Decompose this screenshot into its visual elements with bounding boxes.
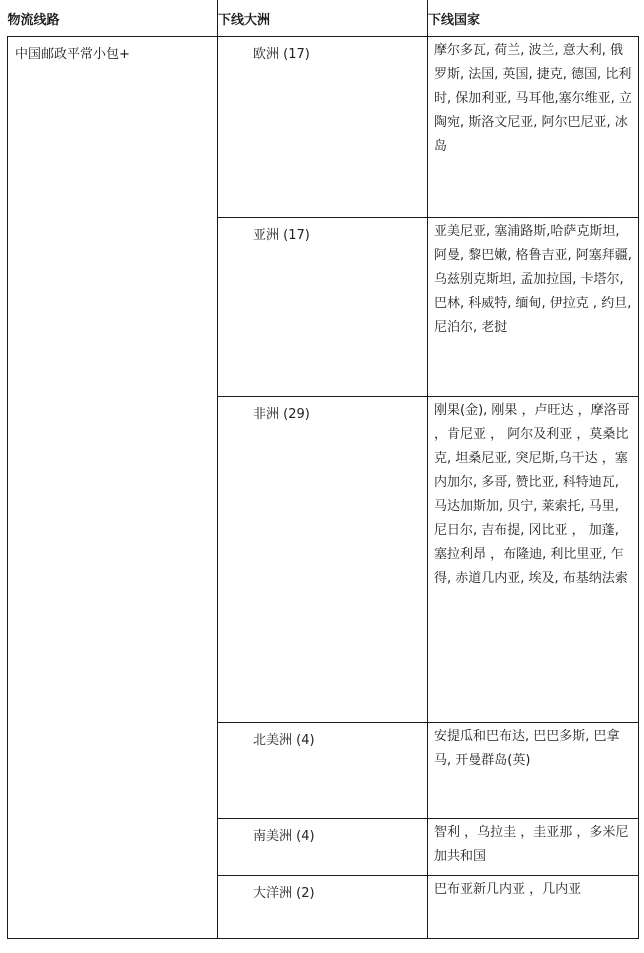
continent-europe: 欧洲 (17) bbox=[218, 37, 427, 62]
continent-oceania: 大洋洲 (2) bbox=[218, 876, 427, 901]
countries-south-america: 智利 ，乌拉圭 ，圭亚那 ，多米尼加共和国 bbox=[428, 819, 638, 869]
logistics-route-table: 物流线路 下线大洲 下线国家 中国邮政平常小包+ 欧洲 (17) 摩尔多瓦, 荷… bbox=[7, 0, 639, 939]
header-continent: 下线大洲 bbox=[218, 0, 428, 37]
continent-africa: 非洲 (29) bbox=[218, 397, 427, 422]
countries-asia: 亚美尼亚, 塞浦路斯,哈萨克斯坦, 阿曼, 黎巴嫩, 格鲁吉亚, 阿塞拜疆, 乌… bbox=[428, 218, 638, 340]
route-cell: 中国邮政平常小包+ bbox=[8, 37, 218, 939]
continent-north-america: 北美洲 (4) bbox=[218, 723, 427, 748]
countries-north-america: 安提瓜和巴布达, 巴巴多斯, 巴拿马, 开曼群岛(英) bbox=[428, 723, 638, 773]
countries-europe: 摩尔多瓦, 荷兰, 波兰, 意大利, 俄罗斯, 法国, 英国, 捷克, 德国, … bbox=[428, 37, 638, 159]
continent-asia: 亚洲 (17) bbox=[218, 218, 427, 243]
header-logistics-route: 物流线路 bbox=[8, 0, 218, 37]
countries-africa: 刚果(金), 刚果 ，卢旺达 ，摩洛哥 ，肯尼亚 ， 阿尔及利亚 ，莫桑比克, … bbox=[428, 397, 638, 591]
table-row-europe: 中国邮政平常小包+ 欧洲 (17) 摩尔多瓦, 荷兰, 波兰, 意大利, 俄罗斯… bbox=[8, 37, 639, 218]
table-header-row: 物流线路 下线大洲 下线国家 bbox=[8, 0, 639, 37]
route-name: 中国邮政平常小包+ bbox=[8, 37, 217, 62]
countries-oceania: 巴布亚新几内亚 ，几内亚 bbox=[428, 876, 638, 902]
continent-south-america: 南美洲 (4) bbox=[218, 819, 427, 844]
header-countries: 下线国家 bbox=[428, 0, 639, 37]
